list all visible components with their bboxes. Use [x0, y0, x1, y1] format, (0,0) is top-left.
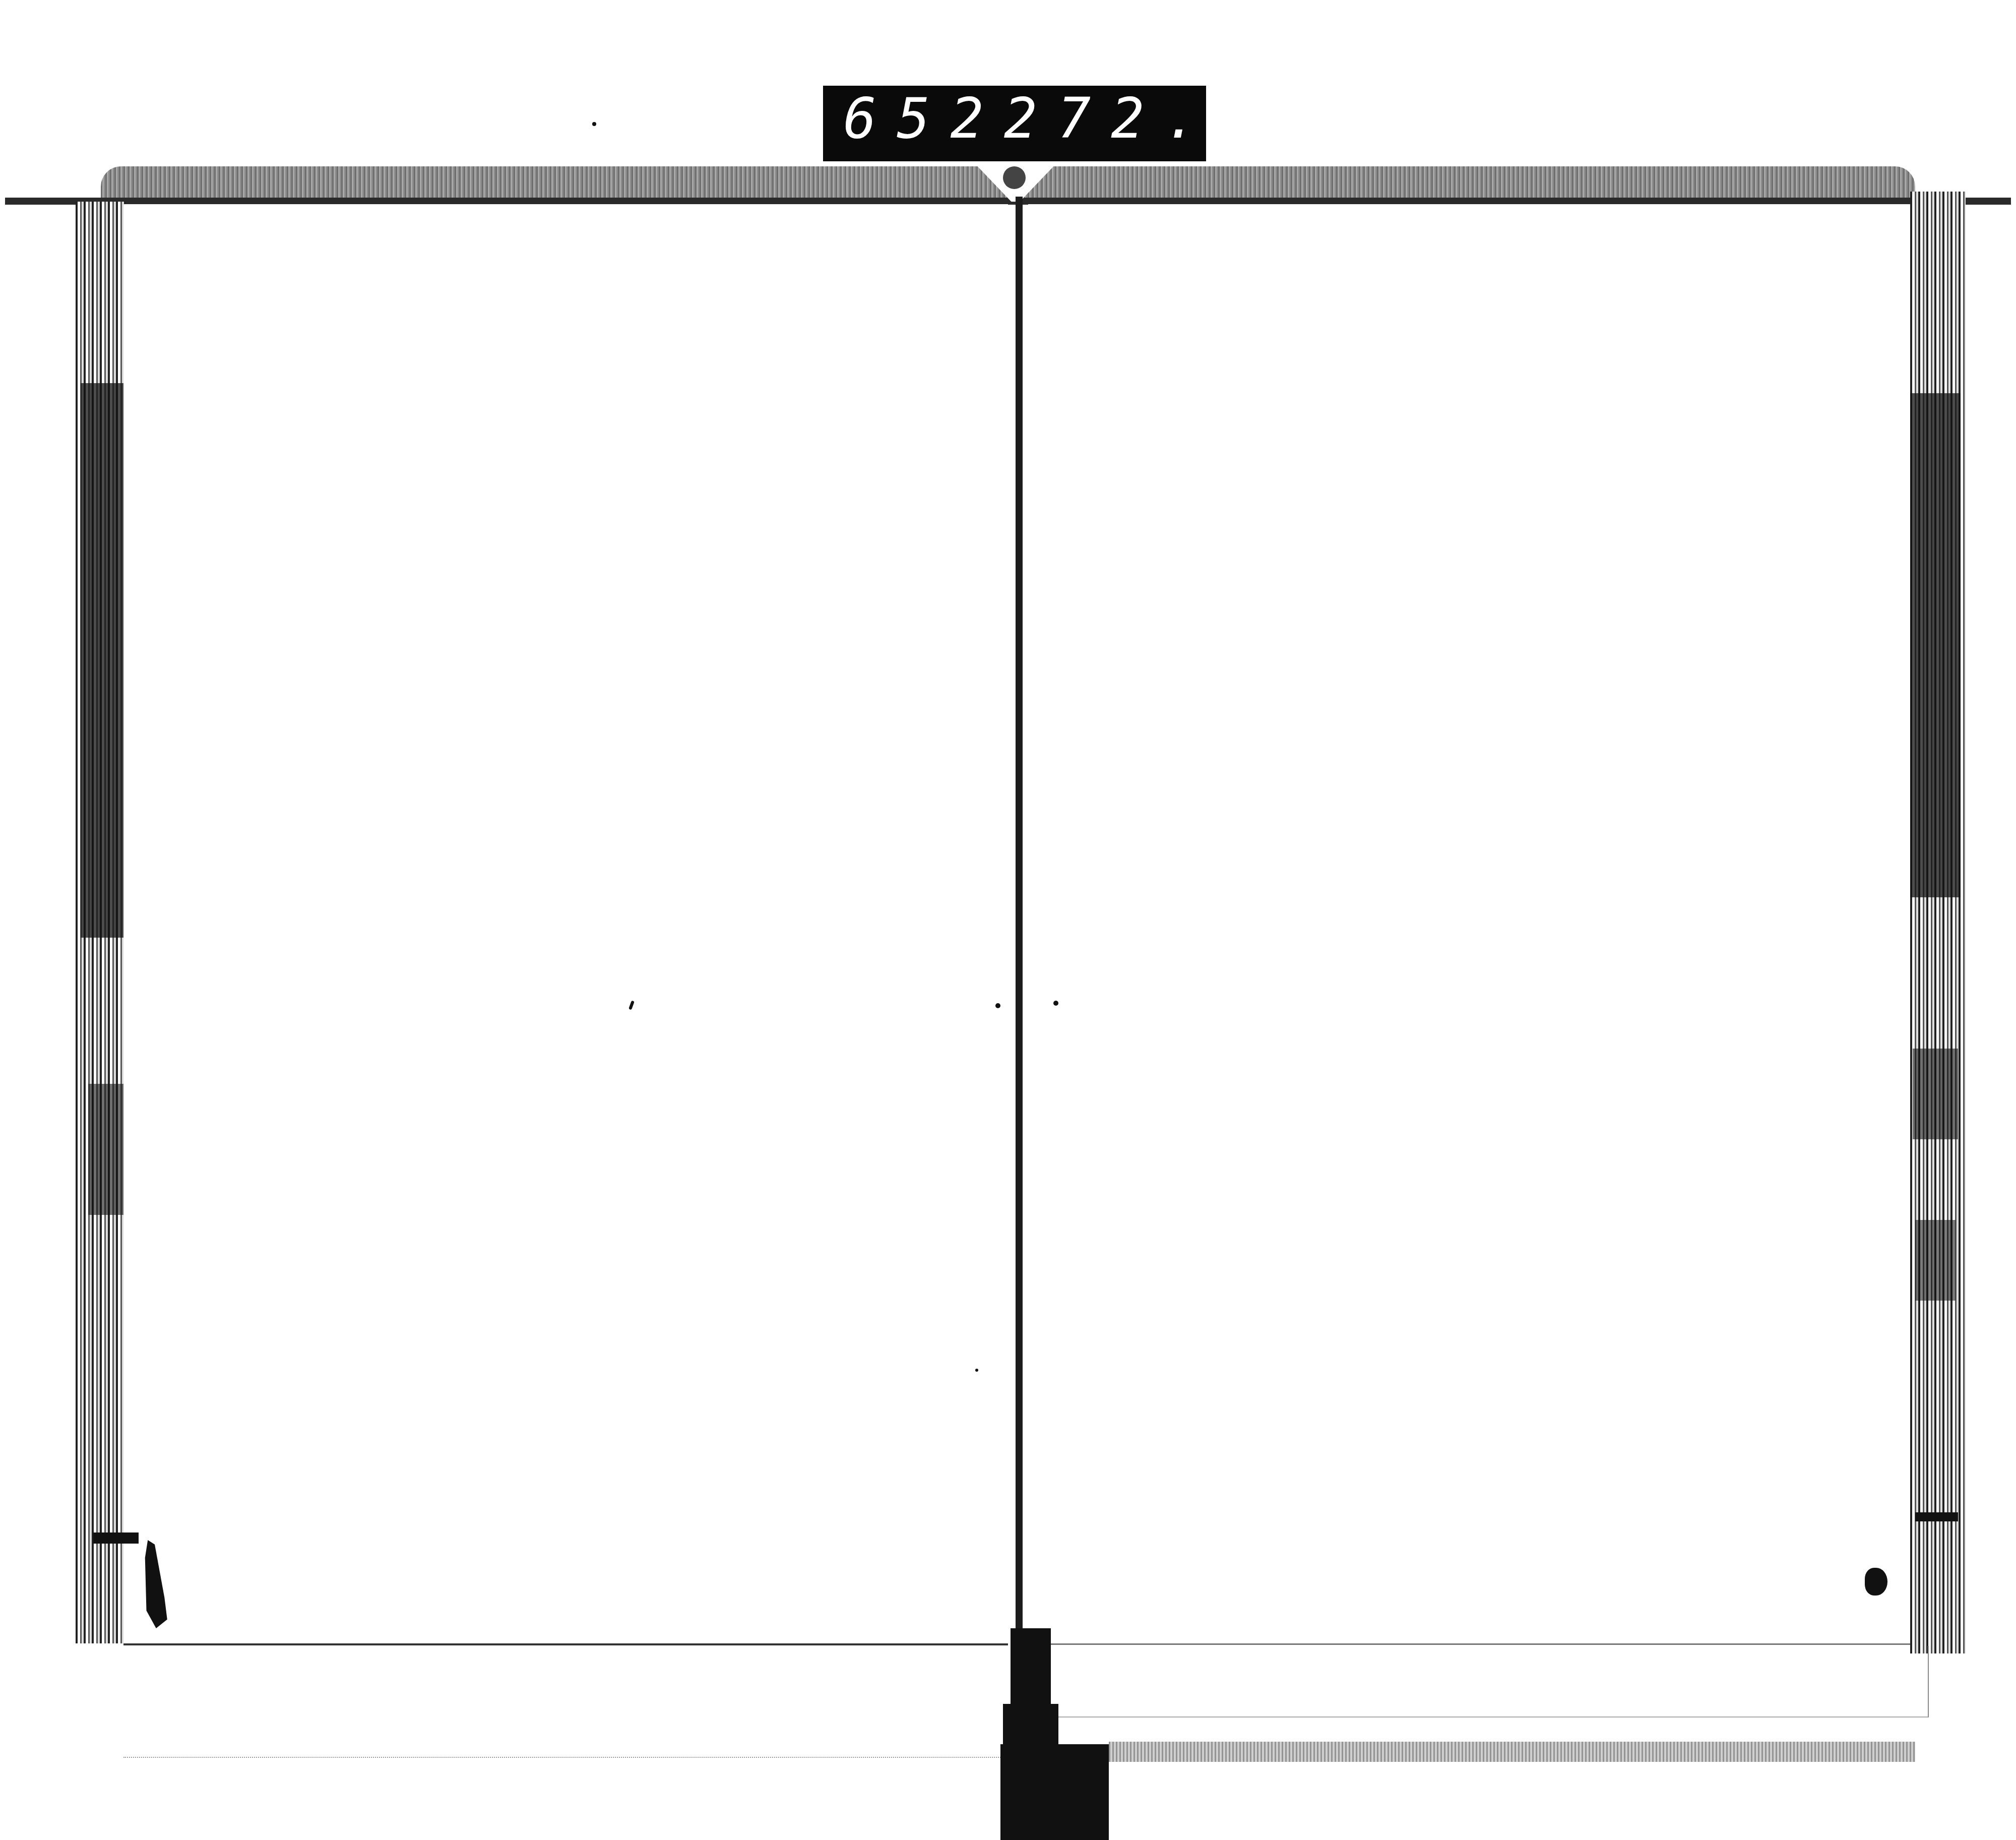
speck: [975, 1369, 978, 1372]
left-edge-band: [93, 1532, 139, 1544]
spine-knob: [1003, 166, 1026, 189]
bottom-edge-shadow: [1109, 1742, 1915, 1762]
speck: [1053, 1001, 1058, 1006]
right-edge-band: [1915, 1512, 1958, 1521]
book-top-edge-left: [101, 166, 1013, 202]
right-page-stack: [1051, 1646, 1929, 1718]
spine-base-bottom: [1000, 1744, 1109, 1840]
speck: [592, 122, 596, 126]
left-page-stack: [123, 1646, 1011, 1758]
frame-counter-left: 652: [843, 86, 1004, 151]
left-edge-bleed-lower: [88, 1084, 126, 1215]
book-spine: [1016, 197, 1023, 1638]
book-top-bar: [5, 198, 2011, 205]
right-corner-mark: [1865, 1568, 1887, 1596]
speck: [995, 1003, 1000, 1008]
left-page: [123, 204, 1008, 1645]
right-edge-bleed: [1910, 393, 1961, 897]
frame-counter-right: 272.: [1004, 86, 1218, 151]
book-top-edge-right: [1023, 166, 1915, 202]
right-page: [1028, 204, 1913, 1645]
left-edge-bleed: [81, 383, 126, 938]
spine-base: [1011, 1628, 1051, 1709]
right-edge-bleed-bottom: [1915, 1220, 1956, 1301]
frame-counter: 652 272.: [823, 86, 1206, 161]
right-edge-bleed-lower: [1913, 1049, 1958, 1139]
